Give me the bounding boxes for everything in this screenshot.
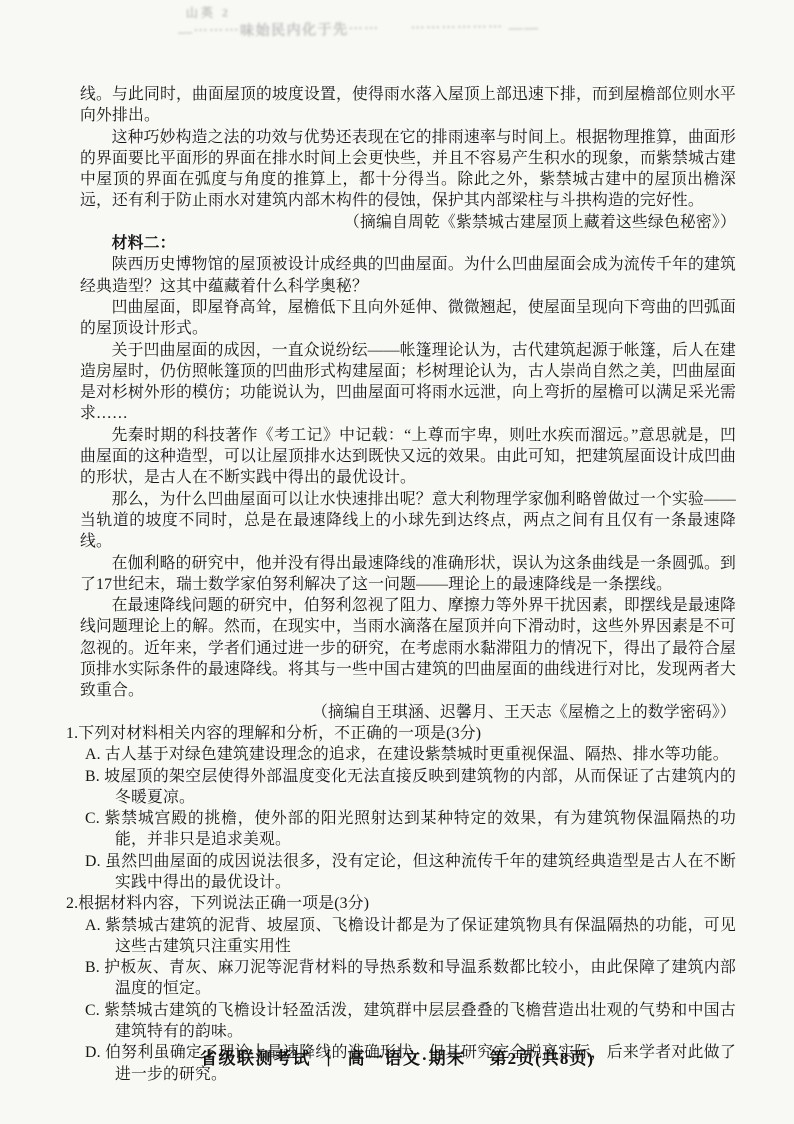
question-stem: 2.根据材料内容，下列说法正确一项是(3分) <box>66 893 736 914</box>
footer-subject: 高一语文·期末 <box>348 1049 466 1068</box>
body-paragraph: 那么，为什么凹曲屋面可以让水快速排出呢？意大利物理学家伽利略曾做过一个实验——当… <box>80 489 736 553</box>
exam-page-scan: { "colors": { "paper": "#f8f8f5", "ink":… <box>0 0 794 1124</box>
body-paragraph: 线。与此同时，曲面屋顶的坡度设置，使得雨水落入屋顶上部迅速下排，而到屋檐部位则水… <box>80 84 736 127</box>
answer-option: C. 紫禁城宫殿的挑檐，使外部的阳光照射达到某种特定的效果，有为建筑物保温隔热的… <box>85 808 736 851</box>
body-paragraph: 在最速降线问题的研究中，伯努利忽视了阻力、摩擦力等外界干扰因素，即摆线是最速降线… <box>80 595 736 701</box>
footer-page-number: 第2页(共8页) <box>490 1049 594 1068</box>
body-paragraph: 先秦时期的科技著作《考工记》中记载：“上尊而宇卑，则吐水疾而溜远。”意思就是，凹… <box>80 425 736 489</box>
answer-option: C. 紫禁城古建筑的飞檐设计轻盈活泼，建筑群中层层叠叠的飞檐营造出壮观的气势和中… <box>85 1000 736 1043</box>
footer-divider: ｜ <box>320 1049 339 1068</box>
answer-option: B. 护板灰、青灰、麻刀泥等泥背材料的导热系数和导温系数都比较小，由此保障了建筑… <box>85 957 736 1000</box>
body-paragraph: 陕西历史博物馆的屋顶被设计成经典的凹曲屋面。为什么凹曲屋面会成为流传千年的建筑经… <box>80 254 736 297</box>
body-paragraph: 这种巧妙构造之法的功效与优势还表现在它的排雨速率与时间上。根据物理推算，曲面形的… <box>80 127 736 212</box>
material-heading: 材料二： <box>80 233 736 254</box>
body-paragraph: 关于凹曲屋面的成因，一直众说纷纭——帐篷理论认为，古代建筑起源于帐篷，后人在建造… <box>80 340 736 425</box>
answer-option: A. 古人基于对绿色建筑建设理念的追求，在建设紫禁城时更重视保温、隔热、排水等功… <box>85 744 736 765</box>
footer-exam-name: 省级联测考试 <box>200 1049 311 1068</box>
document-body: 线。与此同时，曲面屋顶的坡度设置，使得雨水落入屋顶上部迅速下排，而到屋檐部位则水… <box>80 84 736 1085</box>
question-stem: 1.下列对材料相关内容的理解和分析，不正确的一项是(3分) <box>66 723 736 744</box>
page-footer: 省级联测考试｜高一语文·期末第2页(共8页) <box>0 1044 794 1069</box>
body-paragraph: 在伽利略的研究中，他并没有得出最速降线的准确形状，误认为这条曲线是一条圆弧。到了… <box>80 553 736 596</box>
bleed-through-mark: 山英 2 <box>186 0 518 21</box>
bleed-through-text: 山英 2 —⋯⋯⋯味始民内化于先⋯⋯ ⋯⋯⋯⋯⋯⋯ —— <box>178 0 518 41</box>
answer-option: A. 紫禁城古建筑的泥背、坡屋顶、飞檐设计都是为了保证建筑物具有保温隔热的功能，… <box>85 915 736 958</box>
source-attribution: （摘编自周乾《紫禁城古建屋顶上藏着这些绿色秘密》） <box>80 212 736 233</box>
body-paragraph: 凹曲屋面，即屋脊高耸，屋檐低下且向外延伸、微微翘起，使屋面呈现向下弯曲的凹弧面的… <box>80 297 736 340</box>
answer-option: B. 坡屋顶的架空层使得外部温度变化无法直接反映到建筑物的内部，从而保证了古建筑… <box>85 766 736 809</box>
answer-option: D. 虽然凹曲屋面的成因说法很多，没有定论，但这种流传千年的建筑经典造型是古人在… <box>85 851 736 894</box>
bleed-through-line: —⋯⋯⋯味始民内化于先⋯⋯ ⋯⋯⋯⋯⋯⋯ —— <box>178 17 518 41</box>
source-attribution: （摘编自王琪涵、迟馨月、王天志《屋檐之上的数学密码》） <box>80 702 736 723</box>
